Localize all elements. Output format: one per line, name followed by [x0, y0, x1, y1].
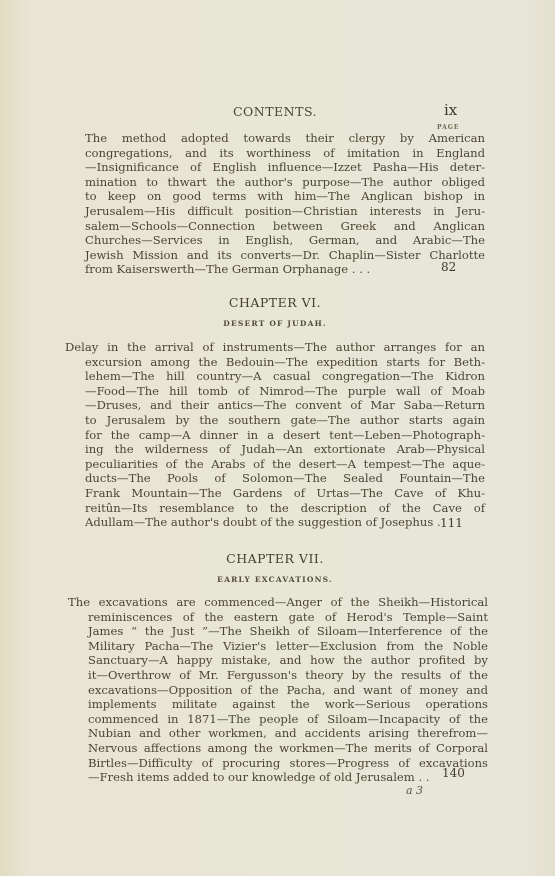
entry-line: ducts—The Pools of Solomon—The Sealed Fo… — [85, 471, 485, 486]
running-head: CONTENTS. — [60, 104, 490, 119]
entry-line: Delay in the arrival of instruments—The … — [65, 340, 485, 355]
entry-page-number: 111 — [440, 516, 463, 530]
entry-line: commenced in 1871—The people of Siloam—I… — [88, 712, 488, 727]
entry-line: to Jerusalem by the southern gate—The au… — [85, 413, 485, 428]
book-page: CONTENTS. ix PAGE The method adopted tow… — [0, 0, 555, 876]
chapter-subtitle: DESERT OF JUDAH. — [60, 319, 490, 328]
entry-line: for the camp—A dinner in a desert tent—L… — [85, 428, 485, 443]
entry-line: excavations—Opposition of the Pacha, and… — [88, 683, 488, 698]
entry-line: James “ the Just ”—The Sheikh of Siloam—… — [88, 624, 488, 639]
entry-line: it—Overthrow of Mr. Fergusson's theory b… — [88, 668, 488, 683]
entry-line: from Kaiserswerth—The German Orphanage .… — [85, 262, 485, 277]
entry-line: Sanctuary—A happy mistake, and how the a… — [88, 653, 488, 668]
contents-entry-chapter-7: The excavations are commenced—Anger of t… — [88, 595, 488, 785]
entry-page-number: 82 — [441, 260, 456, 274]
entry-line: Jewish Mission and its converts—Dr. Chap… — [85, 248, 485, 263]
entry-line: —Food—The hill tomb of Nimrod—The purple… — [85, 384, 485, 399]
entry-line: The excavations are commenced—Anger of t… — [68, 595, 488, 610]
entry-line: —Fresh items added to our knowledge of o… — [88, 770, 488, 785]
entry-page-number: 140 — [442, 766, 465, 780]
entry-line: Churches—Services in English, German, an… — [85, 233, 485, 248]
entry-line: congregations, and its worthiness of imi… — [85, 146, 485, 161]
entry-line: —Insignificance of English influence—Izz… — [85, 160, 485, 175]
entry-line: Frank Mountain—The Gardens of Urtas—The … — [85, 486, 485, 501]
entry-line: Adullam—The author's doubt of the sugges… — [85, 515, 485, 530]
entry-line: Birtles—Difficulty of procuring stores—P… — [88, 756, 488, 771]
folio-page-number: ix — [444, 101, 457, 119]
chapter-heading: CHAPTER VI. — [60, 295, 490, 310]
entry-line: excursion among the Bedouin—The expediti… — [85, 355, 485, 370]
entry-line: Military Pacha—The Vizier's letter—Exclu… — [88, 639, 488, 654]
chapter-subtitle: EARLY EXCAVATIONS. — [60, 575, 490, 584]
entry-line: Nervous affections among the workmen—The… — [88, 741, 488, 756]
entry-line: Nubian and other workmen, and accidents … — [88, 726, 488, 741]
contents-entry-chapter-6: Delay in the arrival of instruments—The … — [85, 340, 485, 530]
page-column-label: PAGE — [437, 124, 459, 131]
entry-line: mination to thwart the author's purpose—… — [85, 175, 485, 190]
entry-line: peculiarities of the Arabs of the desert… — [85, 457, 485, 472]
entry-line: The method adopted towards their clergy … — [85, 131, 485, 146]
entry-line: reitûn—Its resemblance to the descriptio… — [85, 501, 485, 516]
entry-line: salem—Schools—Connection between Greek a… — [85, 219, 485, 234]
entry-line: reminiscences of the eastern gate of Her… — [88, 610, 488, 625]
entry-line: Jerusalem—His difficult position—Christi… — [85, 204, 485, 219]
contents-entry-continued: The method adopted towards their clergy … — [85, 131, 485, 277]
printer-signature-mark: a 3 — [406, 784, 423, 797]
chapter-heading: CHAPTER VII. — [60, 551, 490, 566]
entry-line: to keep on good terms with him—The Angli… — [85, 189, 485, 204]
entry-line: ing the wilderness of Judah—An extortion… — [85, 442, 485, 457]
entry-line: —Druses, and their antics—The convent of… — [85, 398, 485, 413]
entry-line: implements militate against the work—Ser… — [88, 697, 488, 712]
entry-line: lehem—The hill country—A casual congrega… — [85, 369, 485, 384]
